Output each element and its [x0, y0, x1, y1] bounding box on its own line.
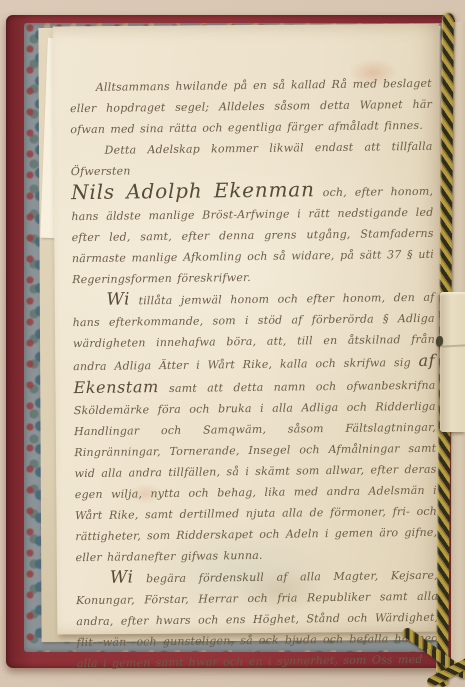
adelskap-lead-line: Detta Adelskap kommer likwäl endast att …	[70, 136, 432, 182]
wi-initial-1: Wi	[106, 289, 130, 309]
skoldemarke-text-after-name: samt att detta namn och ofwanbeskrifna S…	[74, 379, 438, 564]
paragraph-adelskap: Detta Adelskap kommer likwäl endast att …	[70, 136, 434, 290]
paragraph-namn-och-skoldemarke: Wi tillåta jemwäl honom och efter honom,…	[72, 286, 437, 568]
paragraph-heraldic-description: Alltsammans hwilande på en så kallad Rå …	[70, 73, 433, 140]
handwriting-text: Alltsammans hwilande på en så kallad Rå …	[70, 73, 439, 674]
photo-background: Alltsammans hwilande på en så kallad Rå …	[0, 0, 465, 687]
name-nils-adolph-ekenman: Nils Adolph Ekenman	[71, 177, 315, 204]
manuscript-page: Alltsammans hwilande på en så kallad Rå …	[53, 23, 444, 634]
heraldic-description-text: Alltsammans hwilande på en så kallad Rå …	[70, 77, 432, 136]
seal-cord-paper-wrap	[440, 292, 465, 432]
wi-initial-2: Wi	[110, 567, 134, 587]
paragraph-begaran: Wi begära fördenskull af alla Magter, Ke…	[76, 564, 439, 674]
seal-cord-knot	[436, 336, 443, 346]
